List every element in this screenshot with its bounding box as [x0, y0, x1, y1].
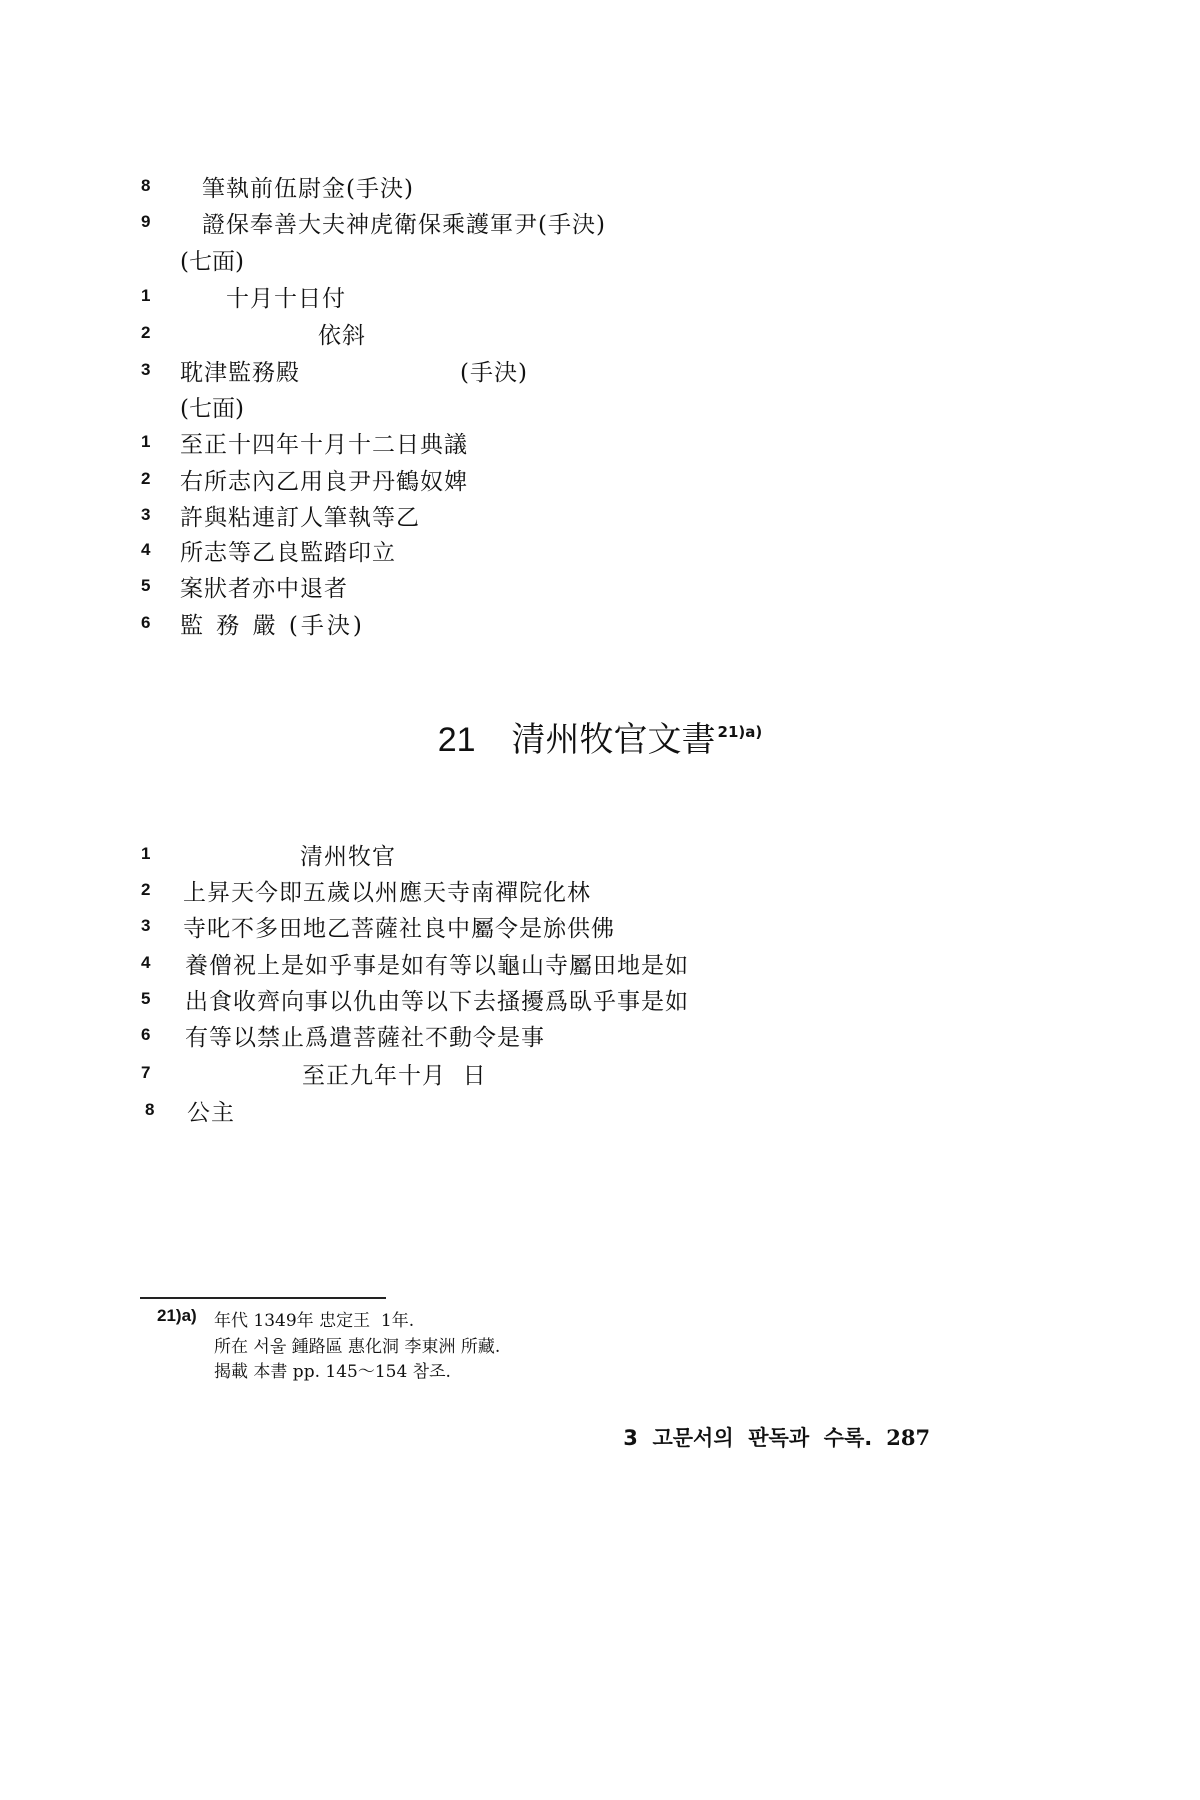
line-text: 有等以禁止爲遣菩薩社不動令是事: [185, 1019, 545, 1052]
footnote-divider: [140, 1297, 386, 1299]
line-text: 所志等乙良監踏印立: [180, 534, 396, 567]
line-text: 寺叱不多田地乙菩薩社良中屬令是旀供佛: [183, 910, 615, 943]
line-text: 筆執前伍尉金(手決): [202, 170, 414, 203]
page-number: 287: [886, 1425, 930, 1450]
section-title-text: 清州牧官文書: [512, 720, 716, 760]
line-text: 證保奉善大夫神虎衛保乘護軍尹(手決): [202, 206, 606, 239]
line-text: 耽津監務殿: [180, 354, 300, 387]
line-number: 7: [141, 1063, 161, 1083]
line-number: 6: [141, 613, 161, 633]
line-text: 許與粘連訂人筆執等乙: [180, 499, 420, 532]
signature-mark: (手決): [460, 354, 528, 387]
line-number: 1: [141, 432, 161, 452]
line-number: 2: [141, 323, 161, 343]
line-number: 5: [141, 989, 161, 1009]
line-number: 4: [141, 540, 161, 560]
line-number: 1: [141, 844, 161, 864]
line-number: 8: [145, 1100, 165, 1120]
line-number: 1: [141, 286, 161, 306]
line-number: 4: [141, 953, 161, 973]
footnote-reference: 21)a): [718, 723, 763, 741]
line-text: 養僧祝上是如乎事是如有等以龜山寺屬田地是如: [185, 947, 689, 980]
line-number: 3: [141, 505, 161, 525]
line-text: 公主: [187, 1094, 235, 1127]
line-text: 監 務 嚴 (手決): [180, 607, 365, 640]
footnote-line: 所在 서울 鍾路區 惠化洞 李東洲 所藏.: [214, 1332, 500, 1357]
line-number: 9: [141, 212, 161, 232]
line-text: 上昇天今即五歲以州應天寺南禪院化林: [183, 874, 591, 907]
line-number: 6: [141, 1025, 161, 1045]
line-number: 5: [141, 576, 161, 596]
line-text: 依斜: [318, 317, 366, 350]
line-text: 清州牧官: [300, 838, 396, 871]
line-text: 右所志內乙用良尹丹鶴奴婢: [180, 463, 468, 496]
section-title: 21清州牧官文書21)a): [0, 712, 1200, 761]
line-text: 出食收齊向事以仇由等以下去搔擾爲臥乎事是如: [185, 983, 689, 1016]
line-number: 3: [141, 916, 161, 936]
line-text: 十月十日付: [226, 280, 346, 313]
line-number: 8: [141, 176, 161, 196]
section-number: 21: [438, 721, 476, 759]
face-label: (七面): [180, 390, 244, 423]
footnote-line: 年代 1349年 忠定王 1年.: [214, 1306, 414, 1331]
line-text: 案狀者亦中退者: [180, 570, 348, 603]
line-text: 至正九年十月 日: [302, 1057, 487, 1090]
chapter-title: 3 고문서의 판독과 수록.: [623, 1426, 872, 1450]
line-text: 至正十四年十月十二日典議: [180, 426, 468, 459]
line-number: 3: [141, 360, 161, 380]
face-label: (七面): [180, 243, 244, 276]
running-footer: 3 고문서의 판독과 수록.287: [594, 1398, 930, 1476]
line-number: 2: [141, 880, 161, 900]
footnote-line: 揭載 本書 pp. 145～154 참조.: [214, 1357, 451, 1382]
line-number: 2: [141, 469, 161, 489]
footnote-label: 21)a): [157, 1306, 197, 1326]
